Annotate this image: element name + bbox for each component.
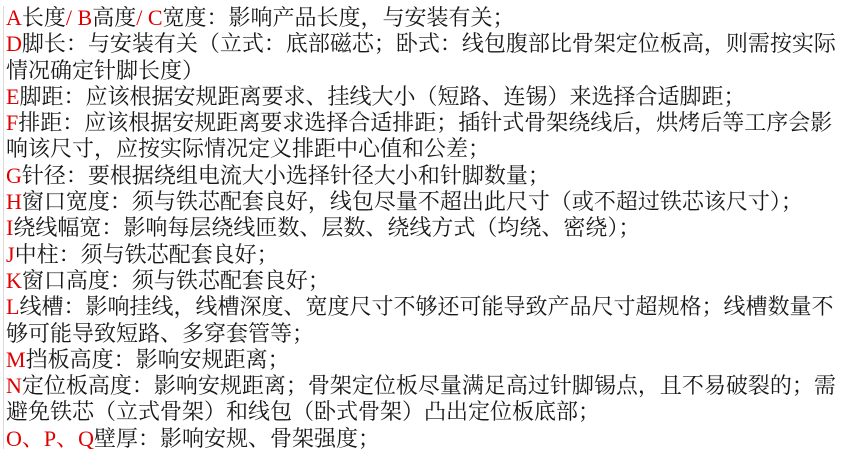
definition-item: M挡板高度：影响安规距离；: [6, 347, 840, 373]
term-letter: J: [6, 242, 15, 267]
definition-text: 针径：要根据绕组电流大小选择针径大小和针脚数量；: [22, 163, 550, 188]
definition-item: K窗口高度：须与铁芯配套良好；: [6, 268, 840, 294]
definition-text: 高度: [92, 5, 136, 30]
term-letter: D: [6, 31, 22, 56]
definition-text: 壁厚：影响安规、骨架强度；: [94, 426, 380, 449]
definition-text: 绕线幅宽：影响每层绕线匝数、层数、绕线方式（均绕、密绕）；: [13, 215, 640, 240]
definition-text: 脚距：应该根据安规距离要求、挂线大小（短路、连锡）来选择合适脚距；: [19, 84, 745, 109]
definition-text: 排距：应该根据安规距离要求选择合适排距；插针式骨架绕线后，烘烤后等工序会影响该尺…: [6, 110, 832, 161]
definition-text: 线槽：影响挂线，线槽深度、宽度尺寸不够还可能导致产品尺寸超规格；线槽数量不够可能…: [6, 294, 833, 345]
definition-item: D脚长：与安装有关（立式：底部磁芯；卧式：线包腹部比骨架定位板高，则需按实际情况…: [6, 31, 840, 84]
term-letter: H: [6, 189, 22, 214]
term-letter: O、P、Q: [6, 426, 94, 449]
term-letter: G: [6, 163, 22, 188]
definition-text: 中柱：须与铁芯配套良好；: [15, 242, 279, 267]
term-letter: K: [6, 268, 22, 293]
term-letter: E: [6, 84, 19, 109]
term-letter: N: [6, 373, 22, 398]
definition-text: 定位板高度：影响安规距离；骨架定位板尽量满足高过针脚锡点，且不易破裂的；需避免铁…: [6, 373, 836, 424]
definition-item: F排距：应该根据安规距离要求选择合适排距；插针式骨架绕线后，烘烤后等工序会影响该…: [6, 110, 840, 163]
term-letter: F: [6, 110, 18, 135]
definition-item: A长度/ B高度/ C宽度：影响产品长度，与安装有关；: [6, 5, 840, 31]
definition-text: 脚长：与安装有关（立式：底部磁芯；卧式：线包腹部比骨架定位板高，则需按实际情况确…: [6, 31, 836, 82]
term-letter: / C: [136, 5, 162, 30]
definition-text: 长度: [22, 5, 66, 30]
definition-item: J中柱：须与铁芯配套良好；: [6, 242, 840, 268]
term-letter: / B: [66, 5, 92, 30]
term-letter: M: [6, 347, 26, 372]
definition-item: G针径：要根据绕组电流大小选择针径大小和针脚数量；: [6, 163, 840, 189]
definition-text: 窗口高度：须与铁芯配套良好；: [22, 268, 330, 293]
definition-text: 宽度：影响产品长度，与安装有关；: [163, 5, 515, 30]
definition-item: L线槽：影响挂线，线槽深度、宽度尺寸不够还可能导致产品尺寸超规格；线槽数量不够可…: [6, 294, 840, 347]
definition-item: O、P、Q壁厚：影响安规、骨架强度；: [6, 426, 840, 449]
definition-item: H窗口宽度：须与铁芯配套良好，线包尽量不超出此尺寸（或不超过铁芯该尺寸）；: [6, 189, 840, 215]
definition-list: A长度/ B高度/ C宽度：影响产品长度，与安装有关；D脚长：与安装有关（立式：…: [0, 0, 840, 449]
definition-item: E脚距：应该根据安规距离要求、挂线大小（短路、连锡）来选择合适脚距；: [6, 84, 840, 110]
definition-text: 窗口宽度：须与铁芯配套良好，线包尽量不超出此尺寸（或不超过铁芯该尺寸）；: [22, 189, 803, 214]
definition-item: I绕线幅宽：影响每层绕线匝数、层数、绕线方式（均绕、密绕）；: [6, 215, 840, 241]
definition-item: N定位板高度：影响安规距离；骨架定位板尽量满足高过针脚锡点，且不易破裂的；需避免…: [6, 373, 840, 426]
definition-text: 挡板高度：影响安规距离；: [26, 347, 290, 372]
term-letter: L: [6, 294, 19, 319]
term-letter: A: [6, 5, 22, 30]
